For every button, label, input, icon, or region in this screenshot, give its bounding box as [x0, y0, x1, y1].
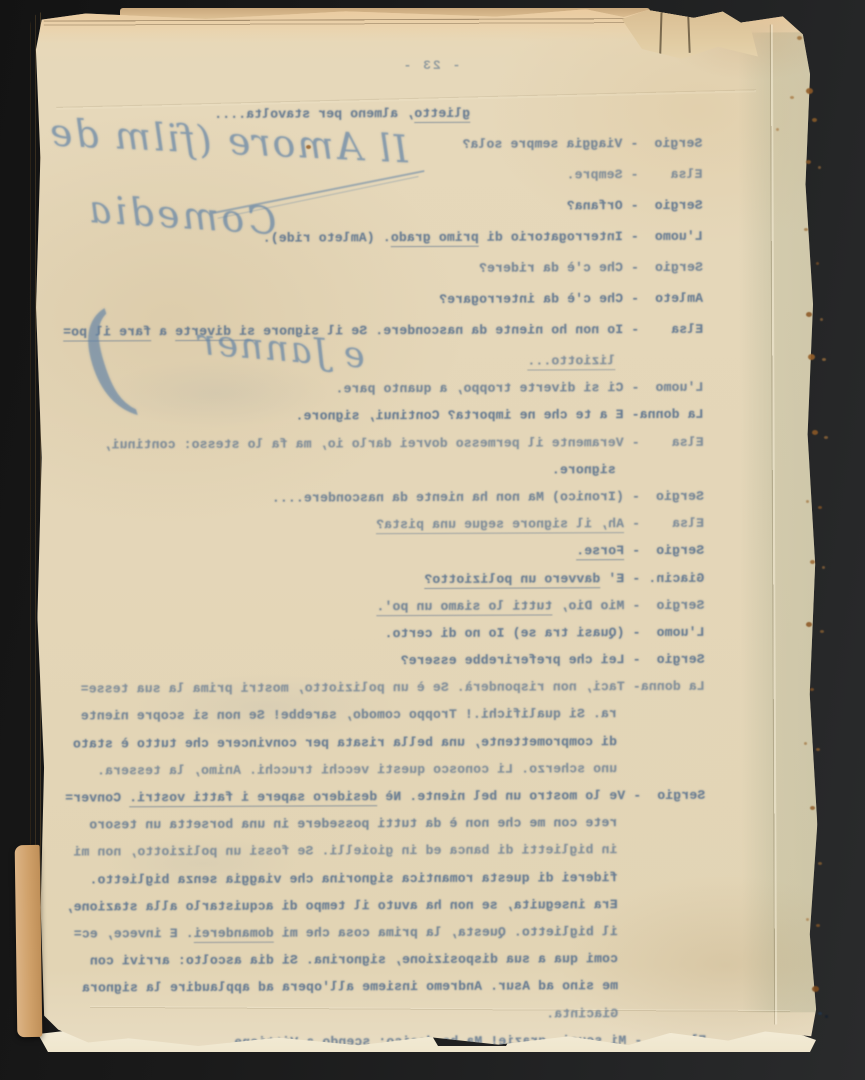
typescript-line: fiderei di questa romantica signorina ch… — [45, 869, 705, 899]
typescript-line: liziotto... — [43, 353, 703, 383]
rust-spot — [818, 862, 822, 865]
rust-spot — [812, 118, 817, 122]
typescript-line: Sergio - Che c'è da ridere? — [43, 260, 703, 294]
typescript-line: Giacin. - E' davvero un poliziotto? — [44, 570, 704, 600]
rust-spot — [822, 358, 826, 361]
typescript-line: Sergio - (Ironico) Ma non ha niente da n… — [44, 489, 704, 519]
typescript-line: Elsa - Veramente il permesso dovrei darl… — [44, 434, 704, 464]
typescript-line: La donna- Taci, non risponderà. Se è un … — [45, 679, 705, 709]
typescript-line: comi qua a sua disposizione, signorina. … — [46, 951, 706, 981]
typescript-line: di compromettente, una bella risata per … — [45, 733, 705, 763]
typescript-line: L'uomo - Ci si diverte troppo, a quanto … — [43, 380, 703, 410]
page-number: - 23 - — [386, 58, 476, 73]
rust-spot — [818, 506, 822, 509]
typescript-line: Sergio - Forse. — [44, 543, 704, 573]
typescript-line: il biglietto. Questa, la prima cosa che … — [46, 924, 706, 954]
typescript-line: L'uomo - (Quasi tra se) Io no di certo. — [44, 625, 704, 655]
rust-spot — [824, 436, 828, 439]
typescript-line: signore. — [44, 462, 704, 492]
typescript-line: rete con me che non è da tutti possedere… — [45, 815, 705, 845]
typescript-line: Era inseguita, se non ha avuto il tempo … — [46, 897, 706, 927]
typescript-line: Elsa - Ah, il signore segue una pista? — [44, 516, 704, 546]
rust-spot — [818, 1012, 822, 1015]
rust-spot — [820, 318, 823, 321]
left-edge-tab — [15, 845, 43, 1037]
typescript-line: Sergio - Mio Dio, tutti lo siamo un po'. — [44, 597, 704, 627]
typescript-line: Sergio - Lei che preferirebbe essere? — [45, 652, 705, 682]
rust-spot — [812, 430, 818, 435]
typescript-line: in biglietti di banca ed in gioielli. Se… — [45, 842, 705, 872]
typescript-line: me sino ad Asur. Andremo insieme all'ope… — [46, 978, 706, 1008]
rust-spot — [816, 262, 819, 265]
rust-spot — [816, 924, 820, 927]
rust-spot — [810, 688, 814, 691]
typescript-line: La donna- E a te che ne importa? Continu… — [43, 407, 703, 437]
document-page: - 23 - glietto, almeno per stavolta....S… — [26, 4, 821, 1051]
typescript-line: Amleto - Che c'è da interrogare? — [43, 291, 703, 325]
typescript-line: uno scherzo. Li conosco questi vecchi tr… — [45, 761, 705, 791]
mirrored-showthrough-layer: - 23 - glietto, almeno per stavolta....S… — [26, 4, 821, 1051]
typescript-line: Sergio - Ve lo mostro un bel niente. Nè … — [45, 788, 705, 818]
rust-spot — [816, 748, 820, 751]
rust-spot — [822, 566, 825, 569]
typescript-lines: glietto, almeno per stavolta....Sergio -… — [42, 105, 706, 1063]
typescript-line: ra. Si qualifichi.! Troppo comodo, sareb… — [45, 706, 705, 736]
rust-spot — [806, 160, 811, 164]
rust-spot — [818, 166, 821, 169]
rust-spot — [825, 1015, 828, 1018]
typescript-line: Elsa - Io non ho niente da nascondere. S… — [43, 322, 703, 356]
typescript-line: Giacinta. — [46, 1005, 706, 1035]
rust-spot — [820, 630, 824, 633]
photo-backdrop: - 23 - glietto, almeno per stavolta....S… — [0, 0, 865, 1080]
